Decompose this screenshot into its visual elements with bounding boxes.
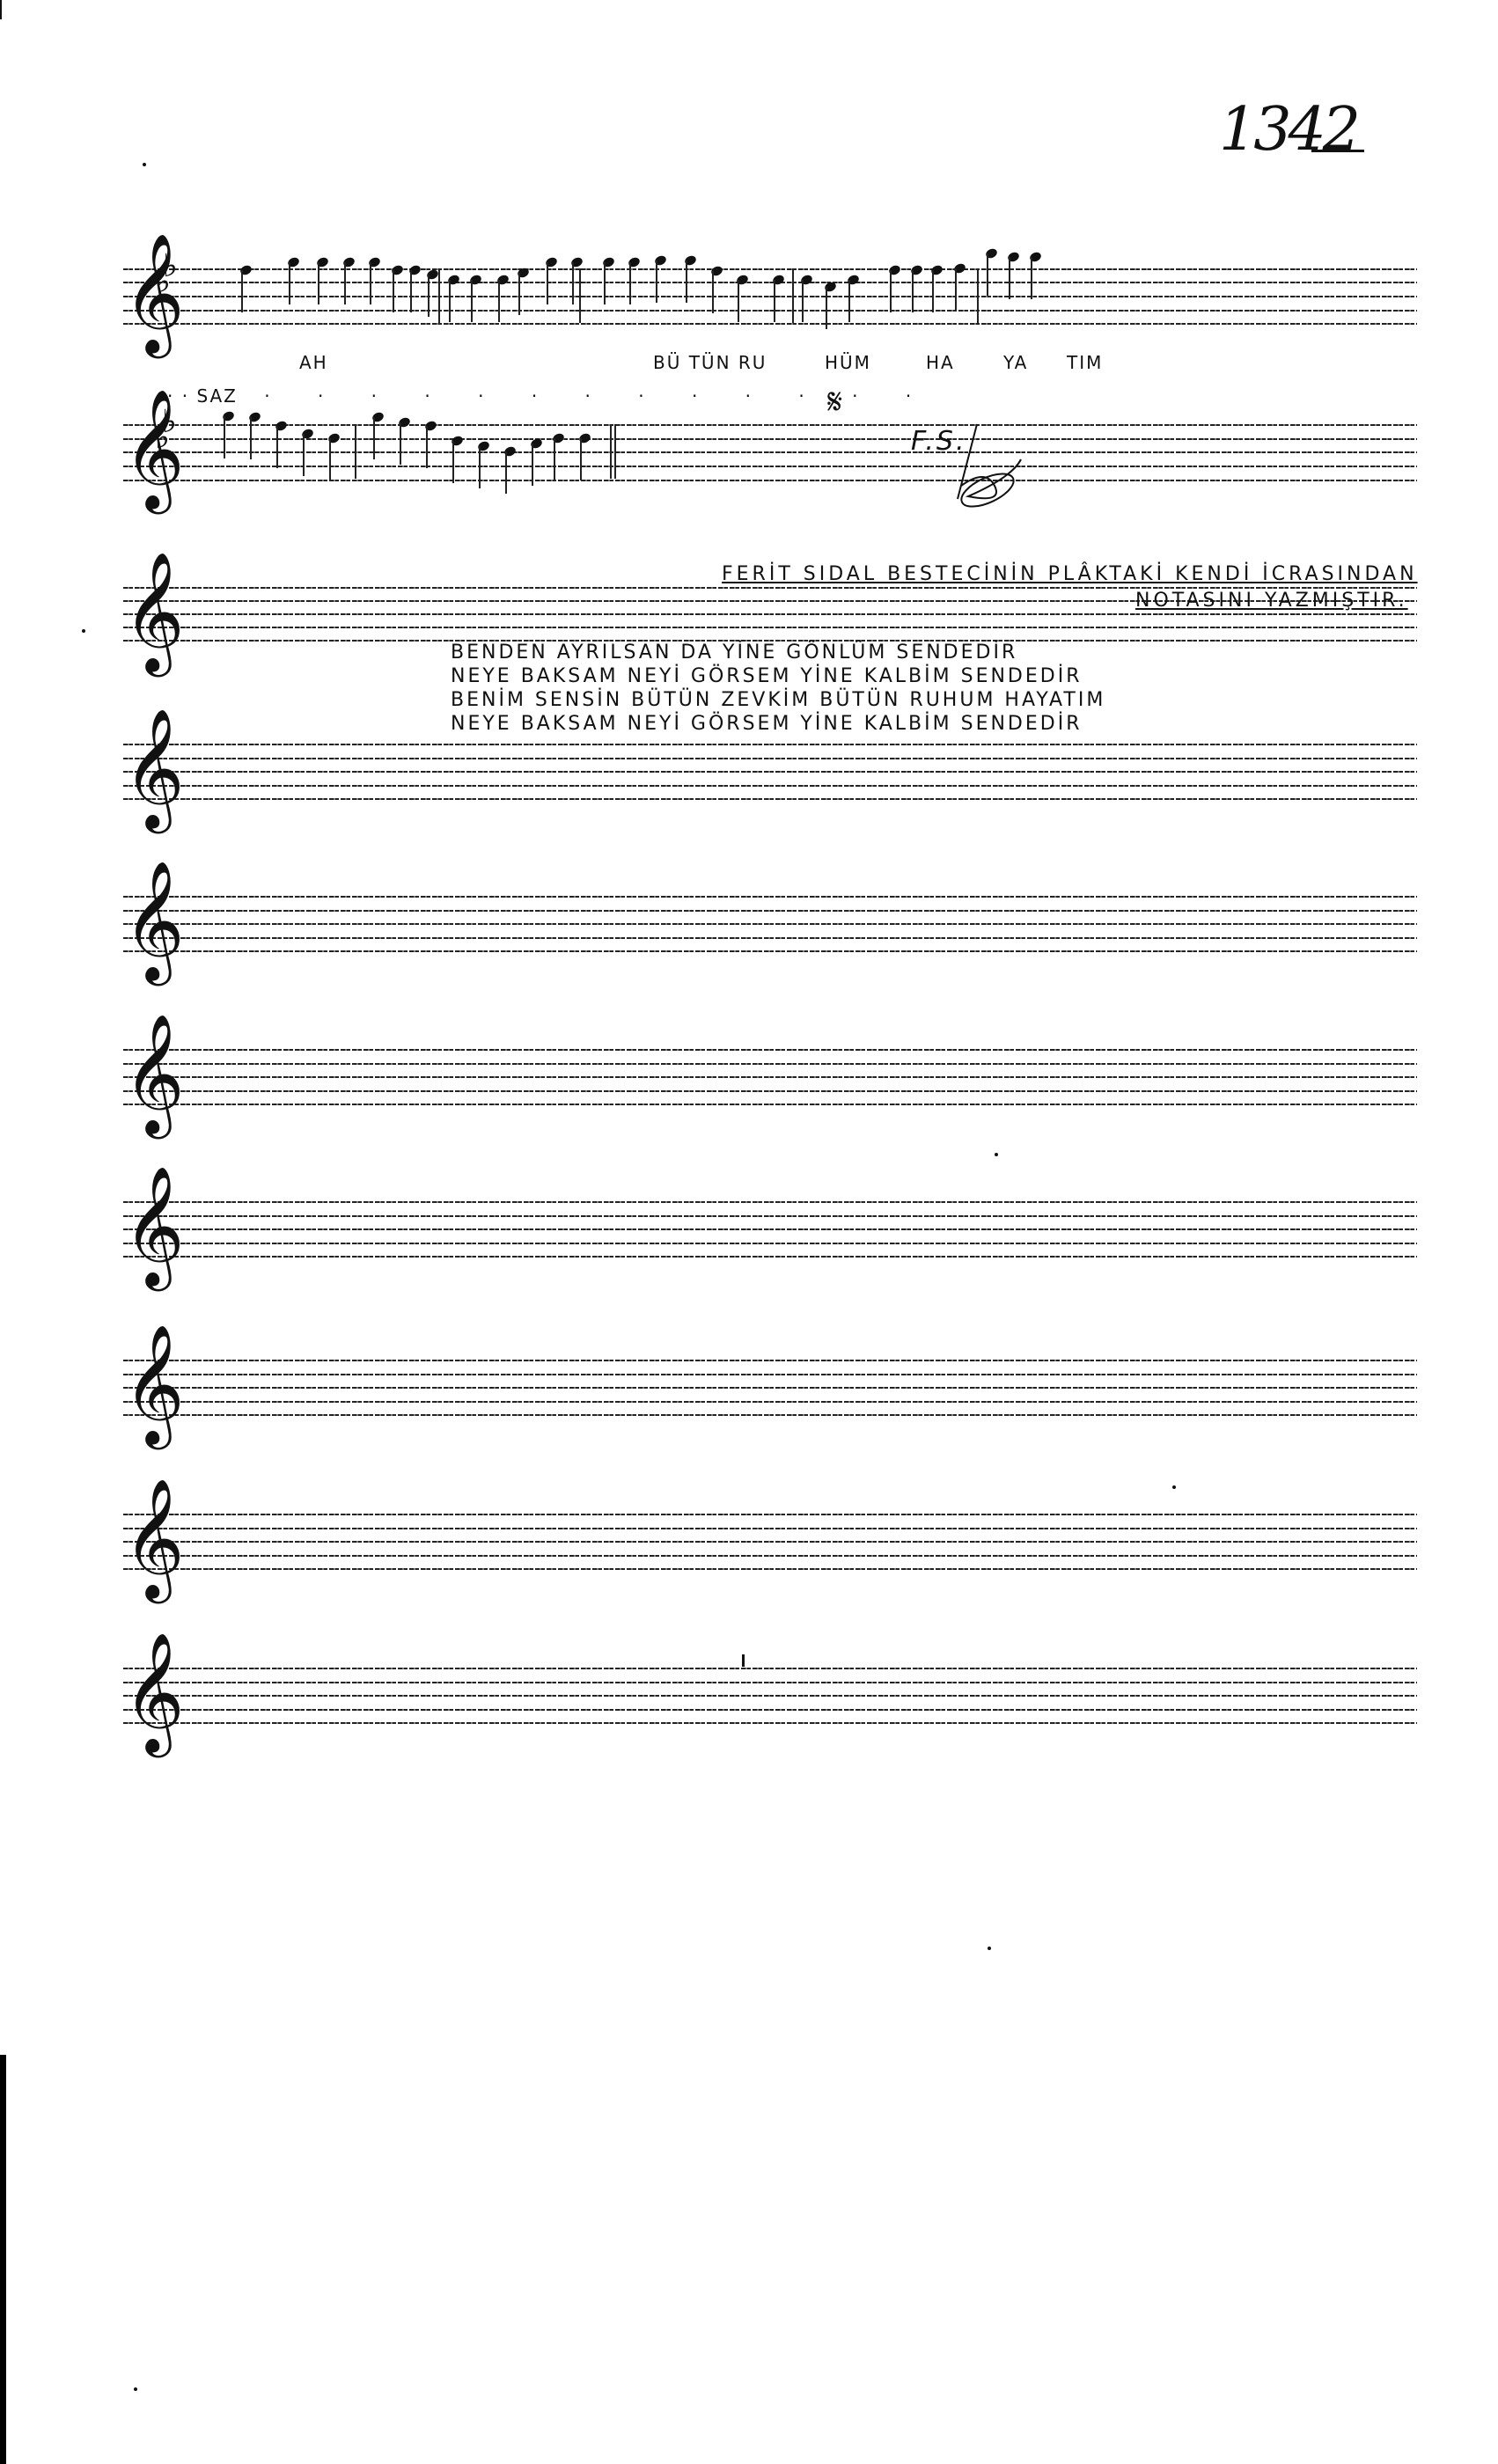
note-stem xyxy=(426,426,428,468)
note-stem xyxy=(604,262,606,304)
lyric-syllable: TIM xyxy=(1067,352,1103,373)
note-stem xyxy=(712,271,714,313)
scan-mark xyxy=(0,0,2,19)
note-stem xyxy=(774,280,775,322)
note-stem xyxy=(471,280,473,322)
transcription-note-line-1: FERİT SIDAL BESTECİNİN PLÂKTAKİ KENDİ İC… xyxy=(722,563,1418,585)
signature-flourish xyxy=(942,415,1047,512)
lyrics-block: BENDEN AYRILSAN DA YİNE GÖNLÜM SENDEDİR … xyxy=(451,641,1105,736)
flat-icon: ♭ xyxy=(155,422,170,454)
empty-staff: 𝄞 xyxy=(123,1514,1417,1570)
note-stem xyxy=(547,262,548,304)
barline xyxy=(977,268,979,323)
note-stem xyxy=(498,280,500,322)
note-stem xyxy=(955,268,957,311)
scan-speck xyxy=(1172,1485,1176,1489)
transcription-note-line-2: NOTASINI YAZMIŞTIR. xyxy=(1135,590,1408,612)
scan-edge-bar xyxy=(0,2055,6,2464)
note-stem xyxy=(656,260,657,303)
instrument-label: · · SAZ · · · · · · · · · · · · · xyxy=(167,385,932,407)
note-stem xyxy=(449,280,451,322)
scan-speck xyxy=(143,163,146,166)
note-stem xyxy=(802,280,804,322)
empty-staff: 𝄞 xyxy=(123,1668,1417,1724)
lyric-syllable: YA xyxy=(1003,352,1028,373)
note-stem xyxy=(344,262,346,304)
lyrics-line: BENİM SENSİN BÜTÜN ZEVKİM BÜTÜN RUHUM HA… xyxy=(451,688,1105,712)
note-stem xyxy=(276,426,278,468)
lyric-syllable: AH xyxy=(299,352,328,373)
lyric-syllable: HA xyxy=(926,352,955,373)
note-stem xyxy=(580,438,582,480)
segno-icon: 𝄋 xyxy=(827,382,842,422)
note-stem xyxy=(393,270,394,312)
note-stem xyxy=(890,270,892,312)
note-stem xyxy=(912,270,914,312)
note-stem xyxy=(329,438,331,480)
note-stem xyxy=(738,280,739,322)
barline xyxy=(579,268,581,323)
treble-clef-icon: 𝄞 xyxy=(123,1331,185,1435)
page-number: 1342 xyxy=(1219,95,1357,165)
treble-clef-icon: 𝄞 xyxy=(123,559,185,663)
note-stem xyxy=(370,262,371,304)
treble-clef-icon: 𝄞 xyxy=(123,1021,185,1125)
treble-clef-icon: 𝄞 xyxy=(123,868,185,972)
note-stem xyxy=(987,253,988,296)
lyric-syllable: HÜM xyxy=(825,352,871,373)
note-stem xyxy=(629,262,631,304)
scan-speck xyxy=(82,629,85,633)
note-stem xyxy=(505,451,507,494)
barline xyxy=(355,424,356,479)
empty-staff: 𝄞 xyxy=(123,1360,1417,1416)
note-stem xyxy=(848,280,850,322)
note-stem xyxy=(1009,257,1010,299)
barline xyxy=(792,268,794,323)
note-stem xyxy=(518,273,520,315)
treble-clef-icon: 𝄞 xyxy=(123,1639,185,1743)
note-stem xyxy=(452,441,454,483)
note-stem xyxy=(373,417,375,459)
note-stem xyxy=(410,270,412,312)
note-stem xyxy=(479,446,481,488)
flat-icon: ♭ xyxy=(156,267,171,298)
note-stem xyxy=(826,287,827,329)
note-stem xyxy=(303,434,305,476)
note-stem xyxy=(224,416,225,458)
lyric-syllable: BÜ TÜN RU xyxy=(653,352,767,373)
note-stem xyxy=(1031,257,1032,299)
empty-staff: 𝄞 xyxy=(123,1049,1417,1105)
treble-clef-icon: 𝄞 xyxy=(123,1485,185,1589)
lyrics-line: NEYE BAKSAM NEYİ GÖRSEM YİNE KALBİM SEND… xyxy=(451,664,1105,688)
note-stem xyxy=(532,444,533,486)
treble-clef-icon: 𝄞 xyxy=(123,1173,185,1277)
treble-clef-icon: 𝄞 xyxy=(123,715,185,819)
empty-staff: 𝄞 xyxy=(123,1201,1417,1258)
empty-staff: 𝄞 xyxy=(123,744,1417,800)
barline xyxy=(614,424,616,479)
scan-mark xyxy=(742,1654,745,1667)
barline xyxy=(610,424,612,479)
scan-speck xyxy=(995,1153,998,1156)
note-stem xyxy=(428,275,430,317)
staff-1: 𝄞 ♭ ♭ xyxy=(123,268,1417,325)
empty-staff: 𝄞 xyxy=(123,896,1417,952)
note-stem xyxy=(686,260,687,303)
note-stem xyxy=(400,422,401,465)
scan-speck xyxy=(134,2387,137,2391)
barline xyxy=(438,268,440,323)
note-stem xyxy=(241,270,243,312)
lyrics-line: NEYE BAKSAM NEYİ GÖRSEM YİNE KALBİM SEND… xyxy=(451,712,1105,736)
note-stem xyxy=(250,417,252,459)
note-stem xyxy=(572,262,574,304)
note-stem xyxy=(554,438,555,480)
lyrics-line: BENDEN AYRILSAN DA YİNE GÖNLÜM SENDEDİR xyxy=(451,641,1105,664)
note-stem xyxy=(318,262,319,304)
staff-2: 𝄞 ♭ ♭ 𝄋 F.S. xyxy=(123,424,1417,480)
note-stem xyxy=(289,262,290,304)
note-stem xyxy=(932,270,934,312)
scan-speck xyxy=(988,1947,991,1950)
